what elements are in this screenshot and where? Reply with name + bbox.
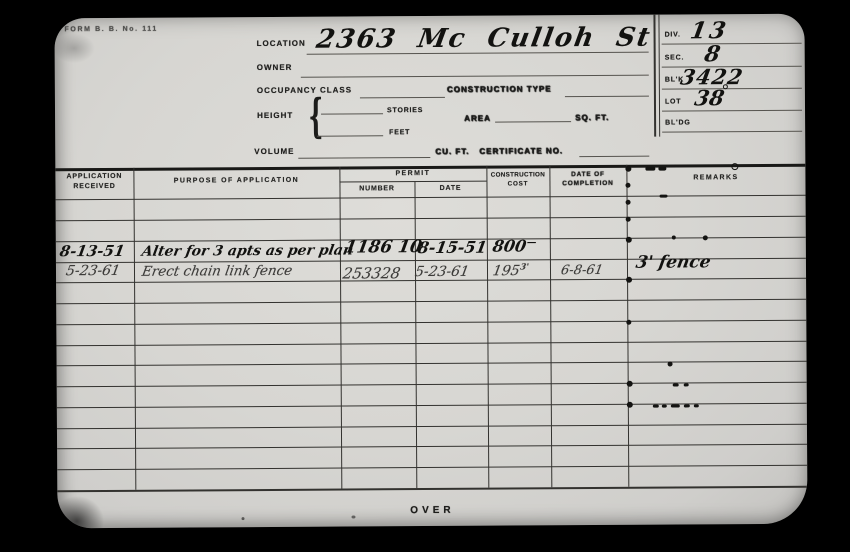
construction-type-line bbox=[565, 96, 649, 98]
ink-dot bbox=[626, 217, 631, 222]
lot-line bbox=[662, 110, 802, 112]
ink-speck bbox=[242, 517, 245, 520]
ink-dash bbox=[673, 383, 679, 386]
construction-type-label: CONSTRUCTION TYPE bbox=[447, 84, 552, 94]
table-vline-3 bbox=[414, 181, 417, 488]
area-unit-label: SQ. FT. bbox=[575, 113, 609, 122]
table-vline-5 bbox=[549, 165, 552, 487]
ink-dash bbox=[662, 405, 667, 408]
row1-purpose: Alter for 3 apts as per plan bbox=[141, 242, 355, 259]
table-bottom-line bbox=[57, 486, 807, 492]
ink-dot bbox=[668, 362, 673, 367]
ink-dash bbox=[658, 167, 666, 171]
table-vline-6 bbox=[626, 165, 629, 487]
table-row-line bbox=[56, 299, 806, 305]
volume-unit-label: CU. FT. bbox=[435, 147, 469, 156]
row1-cost: 800— bbox=[491, 236, 537, 255]
sec-label: SEC. bbox=[665, 54, 685, 61]
feet-label: FEET bbox=[389, 129, 410, 136]
permit-index-card: FORM B. B. No. 111 LOCATION 2363 Mc Cull… bbox=[54, 14, 807, 529]
height-brace: { bbox=[308, 89, 323, 143]
table-header-bottom-line bbox=[56, 195, 806, 201]
row2-purpose: Erect chain link fence bbox=[141, 263, 294, 280]
row2-permit-number: 253328 bbox=[341, 264, 401, 282]
table-row-line bbox=[56, 320, 806, 326]
row2-cost-note: 3' bbox=[520, 261, 530, 271]
col-header-permit-date: DATE bbox=[414, 185, 486, 192]
ink-dot bbox=[627, 402, 633, 408]
row2-permit-date: 5-23-61 bbox=[414, 264, 471, 280]
certificate-label: CERTIFICATE NO. bbox=[479, 146, 563, 156]
div-line bbox=[662, 43, 802, 45]
row2-received: 5-23-61 bbox=[65, 263, 122, 279]
owner-label: OWNER bbox=[257, 63, 293, 72]
ink-dash bbox=[684, 383, 689, 386]
table-row-line bbox=[57, 424, 807, 430]
corner-smudge bbox=[54, 28, 101, 68]
ink-dash bbox=[671, 404, 680, 407]
row1-cost-amount: 800 bbox=[491, 236, 528, 255]
ink-dot bbox=[627, 381, 633, 387]
col-header-permit-number: NUMBER bbox=[339, 185, 414, 192]
ink-dash bbox=[653, 405, 659, 408]
stories-line bbox=[321, 113, 383, 114]
ink-dash bbox=[645, 167, 655, 171]
col-header-permit: PERMIT bbox=[339, 170, 486, 178]
height-label: HEIGHT bbox=[257, 111, 293, 120]
row1-permit-number: 1186 10 bbox=[343, 237, 423, 257]
ink-dot bbox=[626, 320, 631, 325]
ink-dot bbox=[703, 235, 708, 240]
col-header-purpose: PURPOSE OF APPLICATION bbox=[133, 177, 339, 185]
over-label: OVER bbox=[57, 503, 807, 519]
row2-remarks: 3' fence bbox=[634, 252, 712, 272]
row2-completion: 6-8-61 bbox=[560, 263, 604, 278]
col-header-cost-line2: COST bbox=[486, 180, 549, 187]
table-vline-4 bbox=[486, 166, 489, 488]
ink-dot bbox=[626, 200, 631, 205]
certificate-line bbox=[579, 156, 649, 157]
table-row-line bbox=[57, 465, 807, 471]
ink-dash bbox=[694, 404, 699, 407]
table-row-line bbox=[57, 444, 807, 450]
col-header-application-line1: APPLICATION bbox=[55, 173, 133, 180]
row1-cost-note: — bbox=[526, 237, 537, 248]
ink-dot bbox=[625, 166, 631, 172]
col-header-completion-line2: COMPLETION bbox=[549, 180, 626, 187]
ink-dot bbox=[626, 277, 632, 283]
ink-dot bbox=[672, 236, 676, 240]
table-vline-1 bbox=[133, 168, 136, 490]
form-number: FORM B. B. No. 111 bbox=[64, 26, 157, 34]
area-label: AREA bbox=[464, 114, 491, 123]
row1-permit-date: 8-15-51 bbox=[416, 238, 488, 257]
location-value: 2363 Mc Culloh St bbox=[314, 23, 654, 55]
table-row-line bbox=[57, 382, 807, 388]
owner-line bbox=[301, 75, 649, 78]
lot-label: LOT bbox=[665, 98, 681, 105]
permit-subdivider-line bbox=[339, 181, 486, 183]
parcel-box-border-inner bbox=[658, 15, 660, 137]
location-label: LOCATION bbox=[257, 39, 306, 48]
volume-line bbox=[298, 157, 430, 159]
bldg-label: BL'DG bbox=[665, 119, 691, 126]
table-row-line bbox=[56, 341, 806, 347]
ink-dot bbox=[625, 183, 630, 188]
col-header-application-line2: RECEIVED bbox=[55, 183, 133, 190]
row2-cost: 1953' bbox=[491, 261, 529, 279]
ink-ring bbox=[731, 163, 738, 170]
feet-line bbox=[317, 135, 383, 136]
table-row-line bbox=[56, 216, 806, 222]
row1-received: 8-13-51 bbox=[58, 242, 126, 260]
ink-dash bbox=[684, 404, 690, 407]
col-header-remarks: REMARKS bbox=[626, 174, 805, 182]
scan-background: { "scan": { "form_no": "FORM B. B. No. 1… bbox=[0, 0, 850, 552]
ink-ring-small bbox=[723, 84, 728, 89]
ink-dot bbox=[626, 237, 632, 243]
table-row-line bbox=[57, 361, 807, 367]
col-header-completion-line1: DATE OF bbox=[549, 171, 626, 178]
occupancy-class-line bbox=[360, 97, 445, 99]
row2-cost-amount: 195 bbox=[491, 263, 520, 279]
lot-value: 38 bbox=[693, 85, 726, 110]
stories-label: STORIES bbox=[387, 107, 423, 114]
occupancy-class-label: OCCUPANCY CLASS bbox=[257, 85, 352, 95]
col-header-cost-line1: CONSTRUCTION bbox=[486, 171, 549, 178]
table-vline-2 bbox=[339, 167, 342, 489]
volume-label: VOLUME bbox=[254, 147, 294, 156]
div-label: DIV. bbox=[665, 31, 681, 38]
area-line bbox=[495, 121, 571, 122]
parcel-box-border-outer bbox=[653, 15, 656, 137]
bldg-line bbox=[662, 131, 802, 133]
ink-dash bbox=[660, 195, 668, 198]
